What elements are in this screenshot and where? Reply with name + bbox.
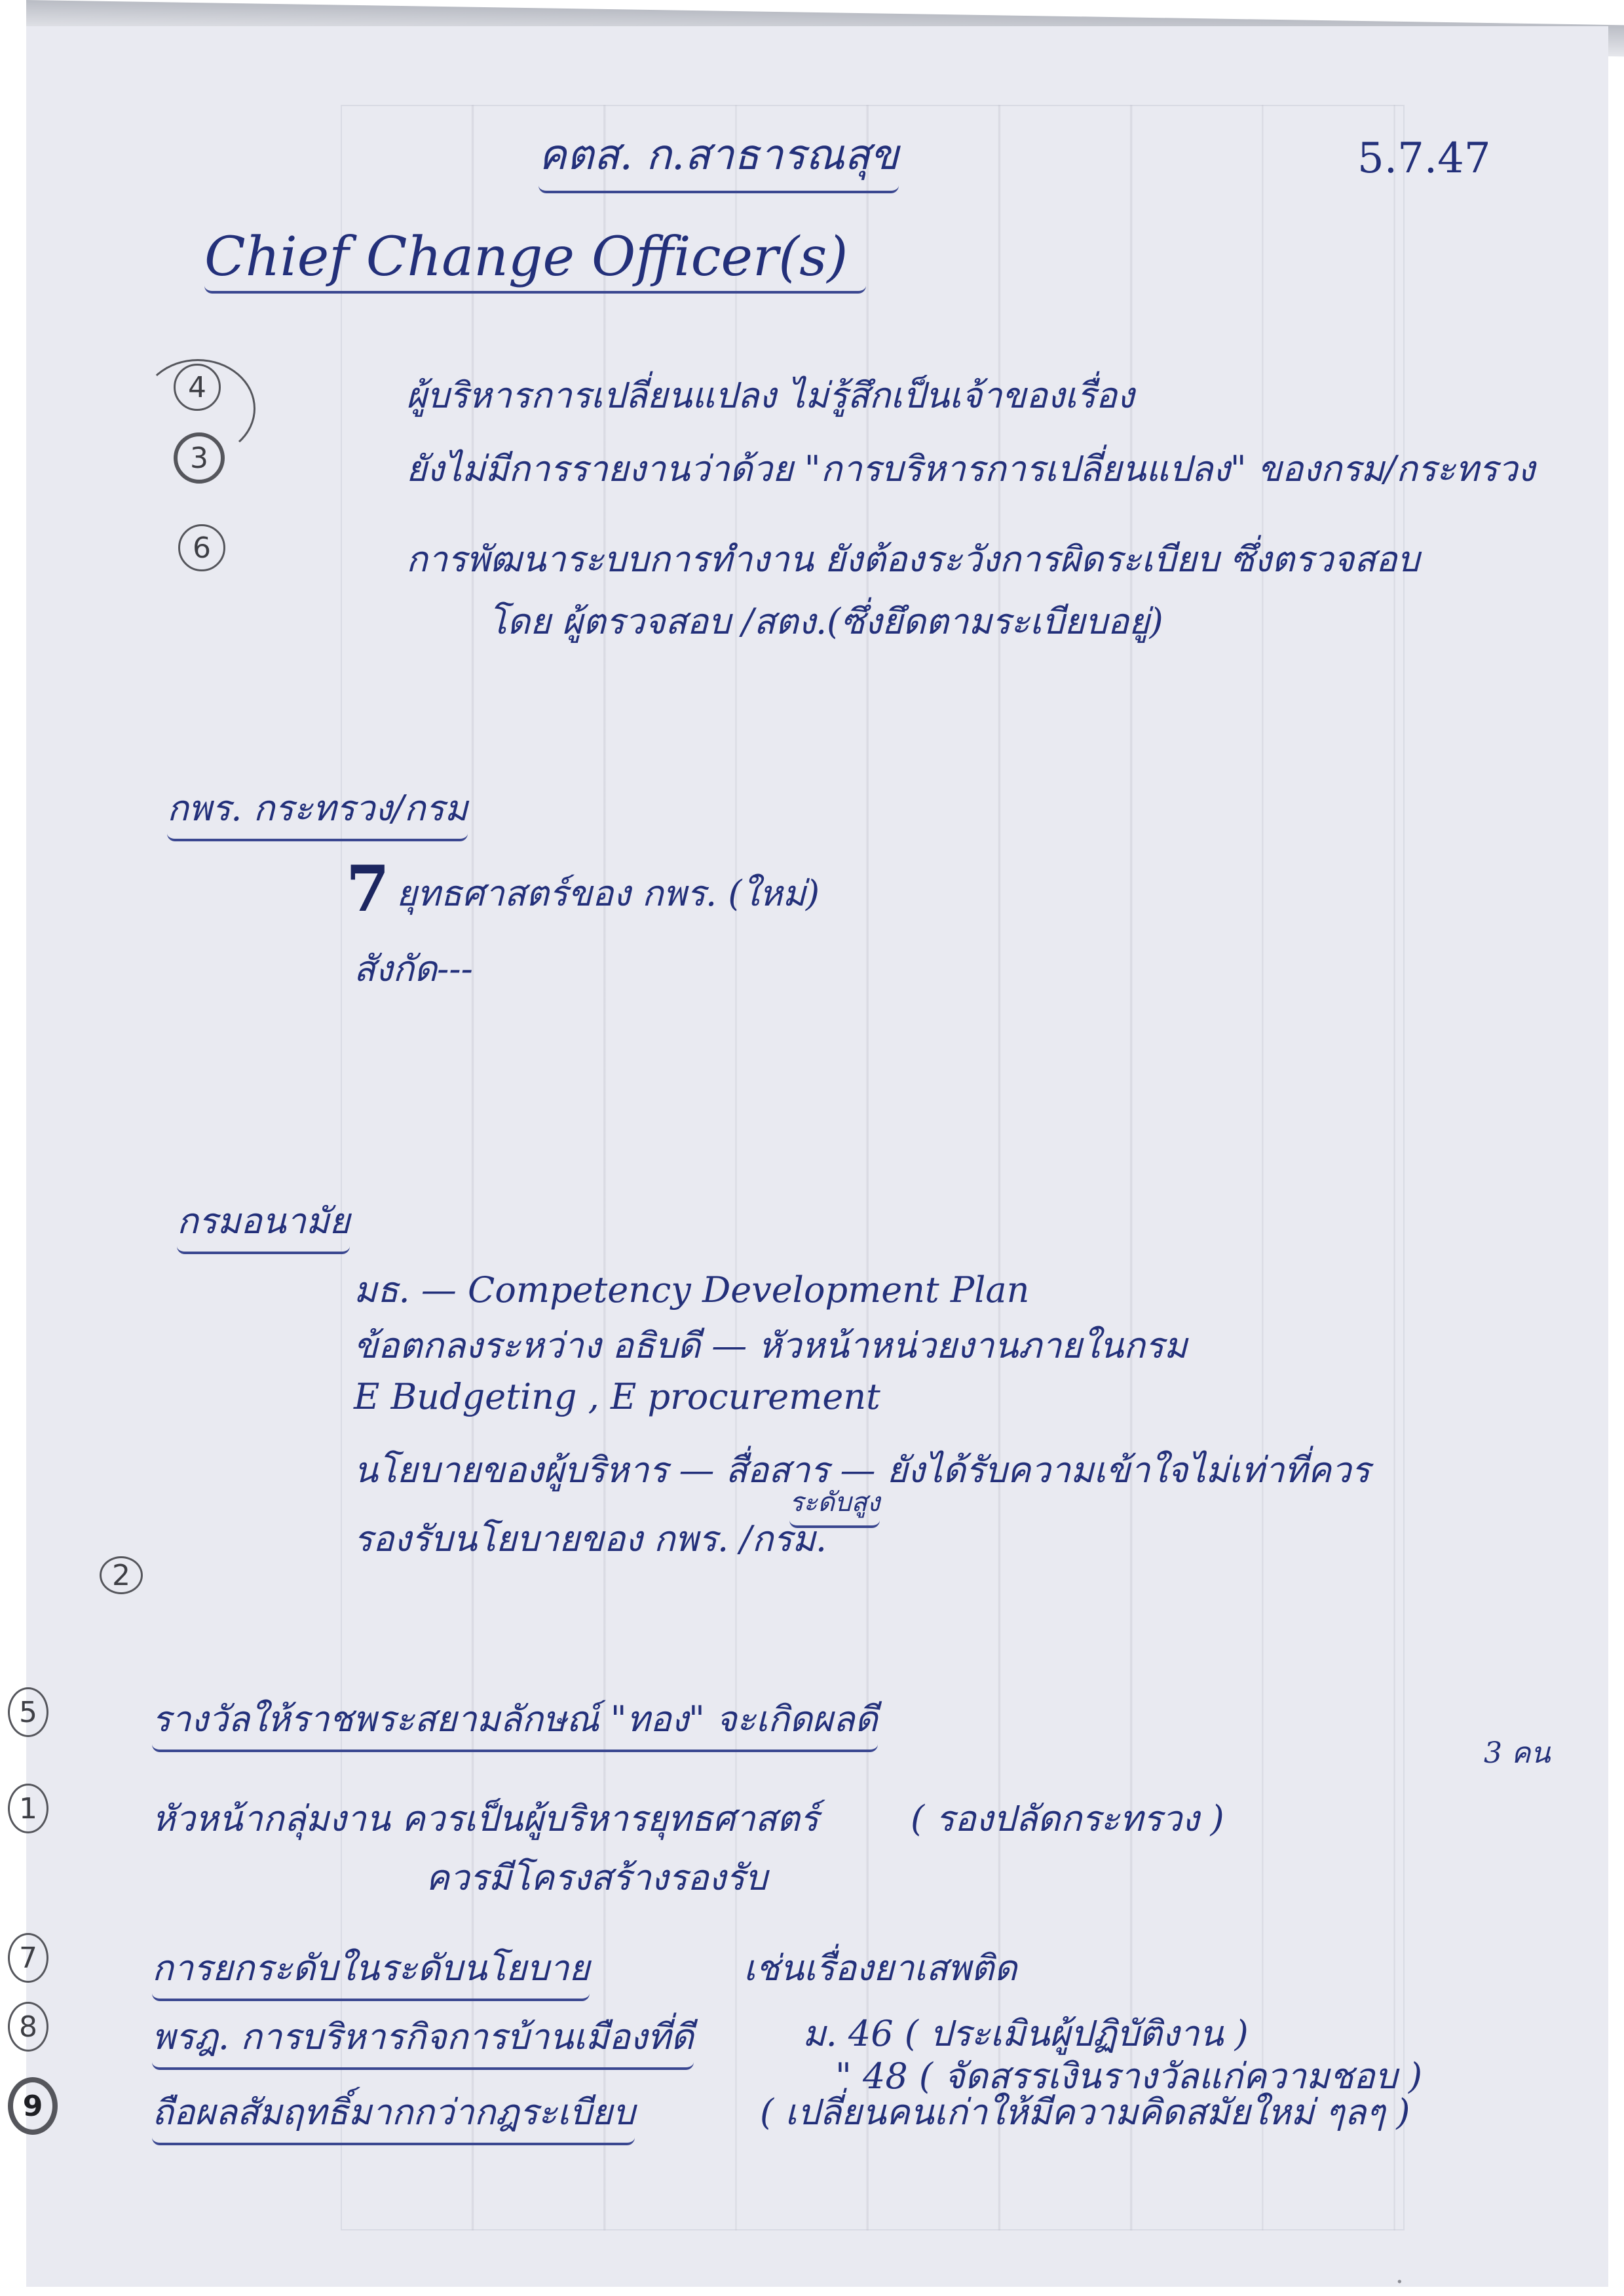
section3-line: มธ. — Competency Development Plan bbox=[354, 1261, 1029, 1318]
section2-line: ยุทธศาสตร์ของ กพร. (ใหม่) bbox=[396, 865, 820, 921]
section2-line: สังกัด--- bbox=[354, 940, 473, 997]
marker-7: 7 bbox=[8, 1933, 48, 1983]
marker-2: 2 bbox=[100, 1556, 143, 1594]
item-subtext: ควรมีโครงสร้างรองรับ bbox=[426, 1849, 767, 1905]
section1-line: ยังไม่มีการรายงานว่าด้วย "การบริหารการเป… bbox=[406, 440, 1535, 497]
stray-mark: · bbox=[1395, 2267, 1404, 2296]
item-note: ( รองปลัดกระทรวง ) bbox=[911, 1790, 1224, 1846]
page-title: Chief Change Officer(s) bbox=[204, 226, 866, 294]
page-heading: คตส. ก.สาธารณสุข bbox=[538, 121, 899, 193]
item-note: เช่นเรื่องยาเสพติด bbox=[744, 1940, 1017, 1996]
item-note: ( เปลี่ยนคนเก่าให้มีความคิดสมัยใหม่ ๆลๆ … bbox=[760, 2084, 1410, 2140]
section3-line: E Budgeting , E procurement bbox=[354, 1376, 880, 1417]
section1-line: การพัฒนาระบบการทำงาน ยังต้องระวังการผิดร… bbox=[406, 531, 1420, 587]
item-text: ถือผลสัมฤทธิ์มากกว่ากฎระเบียบ bbox=[152, 2084, 635, 2145]
section3-line: รองรับนโยบายของ กพร. /กรม. bbox=[354, 1510, 827, 1567]
bleed-through-table bbox=[341, 105, 1405, 2230]
marker-8: 8 bbox=[8, 2002, 48, 2052]
marker-3: 3 bbox=[174, 432, 225, 484]
date-label: 5.7.47 bbox=[1357, 134, 1491, 183]
item-side-note: 3 คน bbox=[1484, 1730, 1551, 1776]
marker-6: 6 bbox=[178, 524, 225, 571]
section1-line: โดย ผู้ตรวจสอบ /สตง.(ซึ่งยึดตามระเบียบอย… bbox=[488, 593, 1163, 649]
marker-1: 1 bbox=[8, 1784, 48, 1833]
marker-5: 5 bbox=[8, 1687, 48, 1737]
item-text: การยกระดับในระดับนโยบาย bbox=[152, 1940, 590, 2001]
section2-heading: กพร. กระทรวง/กรม bbox=[167, 780, 468, 841]
section3-heading: กรมอนามัย bbox=[177, 1193, 350, 1254]
marker-4: 4 bbox=[174, 364, 221, 411]
marker-9: 9 bbox=[8, 2077, 58, 2135]
section1-line: ผู้บริหารการเปลี่ยนแปลง ไม่รู้สึกเป็นเจ้… bbox=[406, 367, 1134, 423]
item-text: พรฎ. การบริหารกิจการบ้านเมืองที่ดี bbox=[152, 2008, 694, 2070]
section3-line: ข้อตกลงระหว่าง อธิบดี — หัวหน้าหน่วยงานภ… bbox=[354, 1317, 1187, 1373]
strategy-count: 7 bbox=[346, 852, 390, 926]
item-text: รางวัลให้ราชพระสยามลักษณ์ "ทอง" จะเกิดผล… bbox=[152, 1691, 878, 1752]
item-text: หัวหน้ากลุ่มงาน ควรเป็นผู้บริหารยุทธศาสต… bbox=[152, 1790, 819, 1846]
